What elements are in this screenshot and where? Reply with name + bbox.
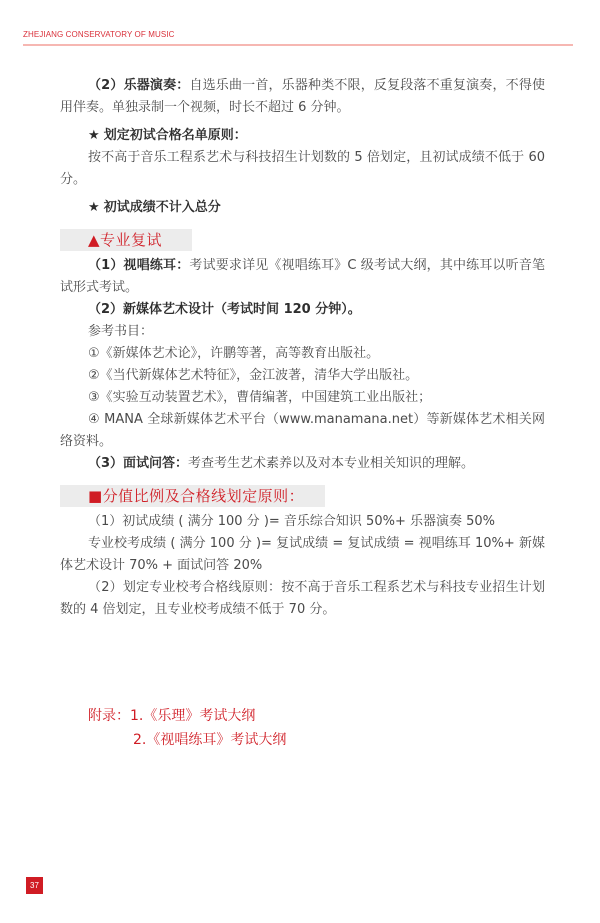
not-counted-text: 初试成绩不计入总分 — [104, 200, 221, 215]
instrument-label: （2）乐器演奏： — [88, 78, 189, 93]
section-heading-scoring: ■分值比例及合格线划定原则： — [60, 485, 325, 507]
scoring-line: （2）划定专业校考合格线原则：按不高于音乐工程系艺术与科技专业招生计划数的 4 … — [60, 577, 545, 621]
instrument-paragraph: （2）乐器演奏：自选乐曲一首，乐器种类不限，反复段落不重复演奏，不得使用伴奏。单… — [60, 75, 545, 119]
header-title: ZHEJIANG CONSERVATORY OF MUSIC — [23, 30, 174, 39]
appendix: 附录：1.《乐理》考试大纲 2.《视唱练耳》考试大纲 — [88, 704, 286, 752]
reference-item: ②《当代新媒体艺术特征》，金江波著，清华大学出版社。 — [60, 365, 545, 387]
appendix-item: 2.《视唱练耳》考试大纲 — [133, 732, 286, 748]
appendix-row: 附录：1.《乐理》考试大纲 — [88, 704, 286, 728]
star-icon: ★ — [88, 128, 100, 143]
interview-text: 考查考生艺术素养以及对本专业相关知识的理解。 — [188, 456, 474, 471]
references-title: 参考书目： — [60, 321, 545, 343]
sight-singing-label: （1）视唱练耳： — [88, 258, 189, 273]
pass-list-text: 按不高于音乐工程系艺术与科技招生计划数的 5 倍划定，且初试成绩不低于 60 分… — [60, 147, 545, 191]
appendix-label: 附录： — [88, 708, 130, 724]
scoring-line: 专业校考成绩 ( 满分 100 分 )= 复试成绩 = 复试成绩 = 视唱练耳 … — [60, 533, 545, 577]
scoring-line: （1）初试成绩 ( 满分 100 分 )= 音乐综合知识 50%+ 乐器演奏 5… — [60, 511, 545, 533]
pass-list-title: 划定初试合格名单原则： — [104, 128, 247, 143]
interview-paragraph: （3）面试问答：考查考生艺术素养以及对本专业相关知识的理解。 — [60, 453, 545, 475]
interview-label: （3）面试问答： — [88, 456, 188, 471]
appendix-item: 1.《乐理》考试大纲 — [130, 708, 255, 724]
page-number-badge: 37 — [26, 877, 43, 894]
pass-list-heading: ★ 划定初试合格名单原则： — [60, 125, 545, 147]
reference-item: ③《实验互动装置艺术》，曹倩编著，中国建筑工业出版社； — [60, 387, 545, 409]
page-body: （2）乐器演奏：自选乐曲一首，乐器种类不限，反复段落不重复演奏，不得使用伴奏。单… — [60, 75, 545, 621]
star-icon: ★ — [88, 200, 100, 215]
new-media-heading: （2）新媒体艺术设计（考试时间 120 分钟）。 — [60, 299, 545, 321]
sight-singing-paragraph: （1）视唱练耳：考试要求详见《视唱练耳》C 级考试大纲，其中练耳以听音笔试形式考… — [60, 255, 545, 299]
reference-item: ④ MANA 全球新媒体艺术平台（www.manamana.net）等新媒体艺术… — [60, 409, 545, 453]
reference-item: ①《新媒体艺术论》，许鹏等著，高等教育出版社。 — [60, 343, 545, 365]
appendix-row: 2.《视唱练耳》考试大纲 — [88, 728, 286, 752]
not-counted-note: ★ 初试成绩不计入总分 — [60, 197, 545, 219]
section-heading-retest: ▲专业复试 — [60, 229, 192, 251]
header-divider — [23, 44, 573, 46]
